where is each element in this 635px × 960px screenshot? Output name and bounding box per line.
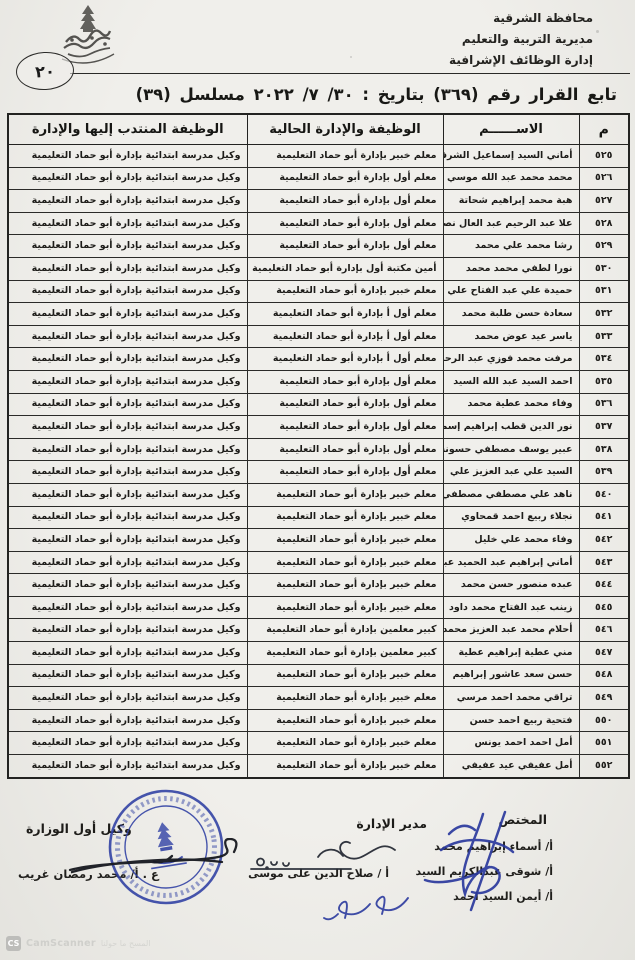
cell-current-job: معلم خبير بإدارة أبو حماد التعليمية [247, 145, 443, 168]
table-row: ٥٣٥احمد السيد عبد الله السيدمعلم أول بإد… [8, 370, 629, 393]
row-number: ٥٢٧ [579, 190, 629, 213]
row-number: ٥٢٨ [579, 212, 629, 235]
cell-current-job: معلم أول بإدارة أبو حماد التعليمية [247, 190, 443, 213]
camscanner-tagline: المسح ما حولنا [101, 939, 151, 948]
table-row: ٥٣٦وفاء محمد عطية محمدمعلم أول بإدارة أب… [8, 393, 629, 416]
cell-name: فتحية ربيع احمد حسن [443, 709, 579, 732]
cell-name: سعادة حسن طلبة محمد [443, 303, 579, 326]
table-row: ٥٤٦أحلام محمد عبد العزيز محمدكبير معلمين… [8, 619, 629, 642]
cell-name: أحلام محمد عبد العزيز محمد [443, 619, 579, 642]
table-row: ٥٤٩تراقي محمد احمد مرسيمعلم خبير بإدارة … [8, 687, 629, 710]
cell-current-job: معلم خبير بإدارة أبو حماد التعليمية [247, 664, 443, 687]
row-number: ٥٤٢ [579, 529, 629, 552]
cell-delegated-job: وكيل مدرسة ابتدائية بإدارة أبو حماد التع… [8, 235, 247, 258]
row-number: ٥٤٣ [579, 551, 629, 574]
table-row: ٥٣١حميدة علي عبد الفتاح عليمعلم خبير بإد… [8, 280, 629, 303]
table-row: ٥٣٩السيد علي عبد العزيز عليمعلم أول بإدا… [8, 461, 629, 484]
table-row: ٥٣٧نور الدين قطب إبراهيم إسماعيلمعلم أول… [8, 416, 629, 439]
row-number: ٥٤٦ [579, 619, 629, 642]
camscanner-watermark: CS CamScanner المسح ما حولنا [6, 936, 151, 951]
cell-delegated-job: وكيل مدرسة ابتدائية بإدارة أبو حماد التع… [8, 732, 247, 755]
cell-current-job: معلم خبير بإدارة أبو حماد التعليمية [247, 551, 443, 574]
cell-name: ياسر عيد عوض محمد [443, 325, 579, 348]
cell-current-job: معلم خبير بإدارة أبو حماد التعليمية [247, 529, 443, 552]
row-number: ٥٣٤ [579, 348, 629, 371]
table-row: ٥٣٨عبير يوسف مصطفي حسونةمعلم أول بإدارة … [8, 438, 629, 461]
decree-table: م الاســــــم الوظيفة والإدارة الحالية ا… [7, 113, 630, 779]
table-row: ٥٤٨حسن سعد عاشور إبراهيممعلم خبير بإدارة… [8, 664, 629, 687]
cell-delegated-job: وكيل مدرسة ابتدائية بإدارة أبو حماد التع… [8, 642, 247, 665]
cell-name: السيد علي عبد العزيز علي [443, 461, 579, 484]
row-number: ٥٣٦ [579, 393, 629, 416]
row-number: ٥٥١ [579, 732, 629, 755]
table-row: ٥٤٠ناهد علي مصطفي مصطفيمعلم خبير بإدارة … [8, 483, 629, 506]
col-header-current-job: الوظيفة والإدارة الحالية [247, 114, 443, 145]
row-number: ٥٤٨ [579, 664, 629, 687]
specialist-names: أ/ أسماء إبراهيم محمدأ/ شوقى عبدالكريم ا… [415, 834, 553, 909]
col-header-delegated-job: الوظيفة المنتدب إليها والإدارة [8, 114, 247, 145]
header-divider [70, 73, 630, 74]
cell-current-job: معلم أول أ بإدارة أبو حماد التعليمية [247, 303, 443, 326]
cell-delegated-job: وكيل مدرسة ابتدائية بإدارة أبو حماد التع… [8, 303, 247, 326]
cell-delegated-job: وكيل مدرسة ابتدائية بإدارة أبو حماد التع… [8, 461, 247, 484]
cell-name: نورا لطفي محمد محمد [443, 257, 579, 280]
row-number: ٥٥٢ [579, 755, 629, 778]
org-line-directorate: مديرية التربية والتعليم [449, 29, 593, 50]
cell-current-job: معلم خبير بإدارة أبو حماد التعليمية [247, 709, 443, 732]
row-number: ٥٣٣ [579, 325, 629, 348]
cell-name: علا عبد الرحيم عبد العال نصر [443, 212, 579, 235]
cell-name: ناهد علي مصطفي مصطفي [443, 483, 579, 506]
org-line-department: إدارة الوظائف الإشرافية [449, 50, 593, 71]
col-header-number: م [579, 114, 629, 145]
cell-name: حسن سعد عاشور إبراهيم [443, 664, 579, 687]
scanned-decree-page: محافظة الشرقية مديرية التربية والتعليم إ… [0, 0, 635, 960]
cell-current-job: معلم أول بإدارة أبو حماد التعليمية [247, 393, 443, 416]
table-row: ٥٢٦محمد محمد عبد الله موسيمعلم أول بإدار… [8, 167, 629, 190]
row-number: ٥٢٥ [579, 145, 629, 168]
table-body: ٥٢٥أماني السيد إسماعيل الشرقاويمعلم خبير… [8, 145, 629, 778]
cell-delegated-job: وكيل مدرسة ابتدائية بإدارة أبو حماد التع… [8, 664, 247, 687]
cell-name: تراقي محمد احمد مرسي [443, 687, 579, 710]
page-number: ٢٠ [35, 61, 55, 81]
cell-delegated-job: وكيل مدرسة ابتدائية بإدارة أبو حماد التع… [8, 416, 247, 439]
cell-name: عبده منصور حسن محمد [443, 574, 579, 597]
cell-delegated-job: وكيل مدرسة ابتدائية بإدارة أبو حماد التع… [8, 438, 247, 461]
cell-name: عبير يوسف مصطفي حسونة [443, 438, 579, 461]
cell-name: نور الدين قطب إبراهيم إسماعيل [443, 416, 579, 439]
cell-name: وفاء محمد علي خليل [443, 529, 579, 552]
table-row: ٥٤٧مني عطية إبراهيم عطيةكبير معلمين بإدا… [8, 642, 629, 665]
cell-current-job: معلم أول بإدارة أبو حماد التعليمية [247, 212, 443, 235]
cell-name: أماني السيد إسماعيل الشرقاوي [443, 145, 579, 168]
cell-name: محمد محمد عبد الله موسي [443, 167, 579, 190]
scan-speck [350, 56, 352, 58]
scan-speck [581, 46, 583, 48]
cell-delegated-job: وكيل مدرسة ابتدائية بإدارة أبو حماد التع… [8, 190, 247, 213]
specialist-name: أ/ أيمن السيد احمد [415, 884, 553, 909]
director-label: مدير الإدارة [356, 816, 427, 831]
table-row: ٥٣٢سعادة حسن طلبة محمدمعلم أول أ بإدارة … [8, 303, 629, 326]
table-row: ٥٣٠نورا لطفي محمد محمدأمين مكتبة أول بإد… [8, 257, 629, 280]
cell-current-job: كبير معلمين بإدارة أبو حماد التعليمية [247, 619, 443, 642]
table-row: ٥٣٤مرفت محمد فوزي عبد الرحمنمعلم أول أ ب… [8, 348, 629, 371]
row-number: ٥٤١ [579, 506, 629, 529]
row-number: ٥٤٥ [579, 596, 629, 619]
cell-current-job: معلم خبير بإدارة أبو حماد التعليمية [247, 732, 443, 755]
cell-delegated-job: وكيل مدرسة ابتدائية بإدارة أبو حماد التع… [8, 755, 247, 778]
cell-current-job: معلم خبير بإدارة أبو حماد التعليمية [247, 280, 443, 303]
scan-speck [596, 30, 599, 33]
specialist-name: أ/ أسماء إبراهيم محمد [415, 834, 553, 859]
official-round-stamp-icon [94, 775, 238, 919]
decree-title: تابع القرار رقم (٣٦٩) بتاريخ : ٣٠/ ٧/ ٢٠… [8, 79, 623, 111]
cell-delegated-job: وكيل مدرسة ابتدائية بإدارة أبو حماد التع… [8, 257, 247, 280]
cell-delegated-job: وكيل مدرسة ابتدائية بإدارة أبو حماد التع… [8, 370, 247, 393]
cell-name: وفاء محمد عطية محمد [443, 393, 579, 416]
cell-delegated-job: وكيل مدرسة ابتدائية بإدارة أبو حماد التع… [8, 348, 247, 371]
cell-name: مرفت محمد فوزي عبد الرحمن [443, 348, 579, 371]
cell-current-job: معلم خبير بإدارة أبو حماد التعليمية [247, 687, 443, 710]
table-row: ٥٢٩رشا محمد علي محمدمعلم أول بإدارة أبو … [8, 235, 629, 258]
cell-current-job: معلم خبير بإدارة أبو حماد التعليمية [247, 574, 443, 597]
cell-current-job: معلم أول أ بإدارة أبو حماد التعليمية [247, 325, 443, 348]
org-header: محافظة الشرقية مديرية التربية والتعليم إ… [449, 8, 593, 71]
row-number: ٥٣٩ [579, 461, 629, 484]
cell-name: نجلاء ربيع احمد قمحاوي [443, 506, 579, 529]
cell-current-job: معلم أول بإدارة أبو حماد التعليمية [247, 416, 443, 439]
row-number: ٥٣٨ [579, 438, 629, 461]
col-header-name: الاســــــم [443, 114, 579, 145]
table-row: ٥٤١نجلاء ربيع احمد قمحاويمعلم خبير بإدار… [8, 506, 629, 529]
table-row: ٥٣٣ياسر عيد عوض محمدمعلم أول أ بإدارة أب… [8, 325, 629, 348]
cell-delegated-job: وكيل مدرسة ابتدائية بإدارة أبو حماد التع… [8, 619, 247, 642]
cell-current-job: معلم أول بإدارة أبو حماد التعليمية [247, 438, 443, 461]
cell-name: مني عطية إبراهيم عطية [443, 642, 579, 665]
cell-current-job: كبير معلمين بإدارة أبو حماد التعليمية [247, 642, 443, 665]
cell-current-job: معلم أول بإدارة أبو حماد التعليمية [247, 167, 443, 190]
cell-current-job: أمين مكتبة أول بإدارة أبو حماد التعليمية [247, 257, 443, 280]
row-number: ٥٣٢ [579, 303, 629, 326]
cell-name: رشا محمد علي محمد [443, 235, 579, 258]
cell-delegated-job: وكيل مدرسة ابتدائية بإدارة أبو حماد التع… [8, 506, 247, 529]
cell-delegated-job: وكيل مدرسة ابتدائية بإدارة أبو حماد التع… [8, 212, 247, 235]
table-header-row: م الاســــــم الوظيفة والإدارة الحالية ا… [8, 114, 629, 145]
row-number: ٥٤٧ [579, 642, 629, 665]
cell-current-job: معلم أول بإدارة أبو حماد التعليمية [247, 461, 443, 484]
undersecretary-name: ع . أ/ محمد رمضان غريب [18, 867, 159, 881]
table-row: ٥٥٢أمل عفيفي عيد عفيفيمعلم خبير بإدارة أ… [8, 755, 629, 778]
specialist-flourish-icon [318, 888, 414, 926]
row-number: ٥٣٠ [579, 257, 629, 280]
cell-delegated-job: وكيل مدرسة ابتدائية بإدارة أبو حماد التع… [8, 687, 247, 710]
table-row: ٥٤٣أماني إبراهيم عبد الحميد عبدمعلم خبير… [8, 551, 629, 574]
row-number: ٥٥٠ [579, 709, 629, 732]
cell-current-job: معلم أول بإدارة أبو حماد التعليمية [247, 235, 443, 258]
table-row: ٥٢٥أماني السيد إسماعيل الشرقاويمعلم خبير… [8, 145, 629, 168]
camscanner-badge-icon: CS [6, 936, 21, 951]
specialist-label: المختص [498, 812, 547, 827]
cell-name: حميدة علي عبد الفتاح علي [443, 280, 579, 303]
cell-delegated-job: وكيل مدرسة ابتدائية بإدارة أبو حماد التع… [8, 483, 247, 506]
cell-delegated-job: وكيل مدرسة ابتدائية بإدارة أبو حماد التع… [8, 709, 247, 732]
cell-current-job: معلم أول أ بإدارة أبو حماد التعليمية [247, 348, 443, 371]
cell-name: هبة محمد إبراهيم شحاتة [443, 190, 579, 213]
cell-name: احمد السيد عبد الله السيد [443, 370, 579, 393]
row-number: ٥٤٤ [579, 574, 629, 597]
cell-name: زينب عبد الفتاح محمد داود [443, 596, 579, 619]
cell-current-job: معلم خبير بإدارة أبو حماد التعليمية [247, 506, 443, 529]
row-number: ٥٣٥ [579, 370, 629, 393]
camscanner-brand: CamScanner [26, 938, 96, 949]
row-number: ٥٤٠ [579, 483, 629, 506]
row-number: ٥٣٧ [579, 416, 629, 439]
row-number: ٥٢٩ [579, 235, 629, 258]
cell-delegated-job: وكيل مدرسة ابتدائية بإدارة أبو حماد التع… [8, 393, 247, 416]
table-row: ٥٤٥زينب عبد الفتاح محمد داودمعلم خبير بإ… [8, 596, 629, 619]
table-row: ٥٢٧هبة محمد إبراهيم شحاتةمعلم أول بإدارة… [8, 190, 629, 213]
row-number: ٥٤٩ [579, 687, 629, 710]
cell-delegated-job: وكيل مدرسة ابتدائية بإدارة أبو حماد التع… [8, 551, 247, 574]
cell-current-job: معلم خبير بإدارة أبو حماد التعليمية [247, 596, 443, 619]
org-line-governorate: محافظة الشرقية [449, 8, 593, 29]
cell-delegated-job: وكيل مدرسة ابتدائية بإدارة أبو حماد التع… [8, 574, 247, 597]
cell-name: أمل عفيفي عيد عفيفي [443, 755, 579, 778]
cell-current-job: معلم أول بإدارة أبو حماد التعليمية [247, 370, 443, 393]
director-name: أ / صلاح الدين على موسى [248, 867, 389, 880]
undersecretary-label: وكيل أول الوزارة [26, 821, 132, 836]
cell-delegated-job: وكيل مدرسة ابتدائية بإدارة أبو حماد التع… [8, 529, 247, 552]
table-row: ٥٥٠فتحية ربيع احمد حسنمعلم خبير بإدارة أ… [8, 709, 629, 732]
cell-delegated-job: وكيل مدرسة ابتدائية بإدارة أبو حماد التع… [8, 596, 247, 619]
table-row: ٥٢٨علا عبد الرحيم عبد العال نصرمعلم أول … [8, 212, 629, 235]
row-number: ٥٣١ [579, 280, 629, 303]
table-row: ٥٤٤عبده منصور حسن محمدمعلم خبير بإدارة أ… [8, 574, 629, 597]
cell-current-job: معلم خبير بإدارة أبو حماد التعليمية [247, 755, 443, 778]
cell-delegated-job: وكيل مدرسة ابتدائية بإدارة أبو حماد التع… [8, 145, 247, 168]
cell-current-job: معلم خبير بإدارة أبو حماد التعليمية [247, 483, 443, 506]
table-row: ٥٥١أمل احمد احمد يونسمعلم خبير بإدارة أب… [8, 732, 629, 755]
cell-name: أمل احمد احمد يونس [443, 732, 579, 755]
cell-delegated-job: وكيل مدرسة ابتدائية بإدارة أبو حماد التع… [8, 167, 247, 190]
specialist-name: أ/ شوقى عبدالكريم السيد [415, 859, 553, 884]
table-row: ٥٤٢وفاء محمد علي خليلمعلم خبير بإدارة أب… [8, 529, 629, 552]
row-number: ٥٢٦ [579, 167, 629, 190]
cell-delegated-job: وكيل مدرسة ابتدائية بإدارة أبو حماد التع… [8, 280, 247, 303]
cell-name: أماني إبراهيم عبد الحميد عبد [443, 551, 579, 574]
cell-delegated-job: وكيل مدرسة ابتدائية بإدارة أبو حماد التع… [8, 325, 247, 348]
